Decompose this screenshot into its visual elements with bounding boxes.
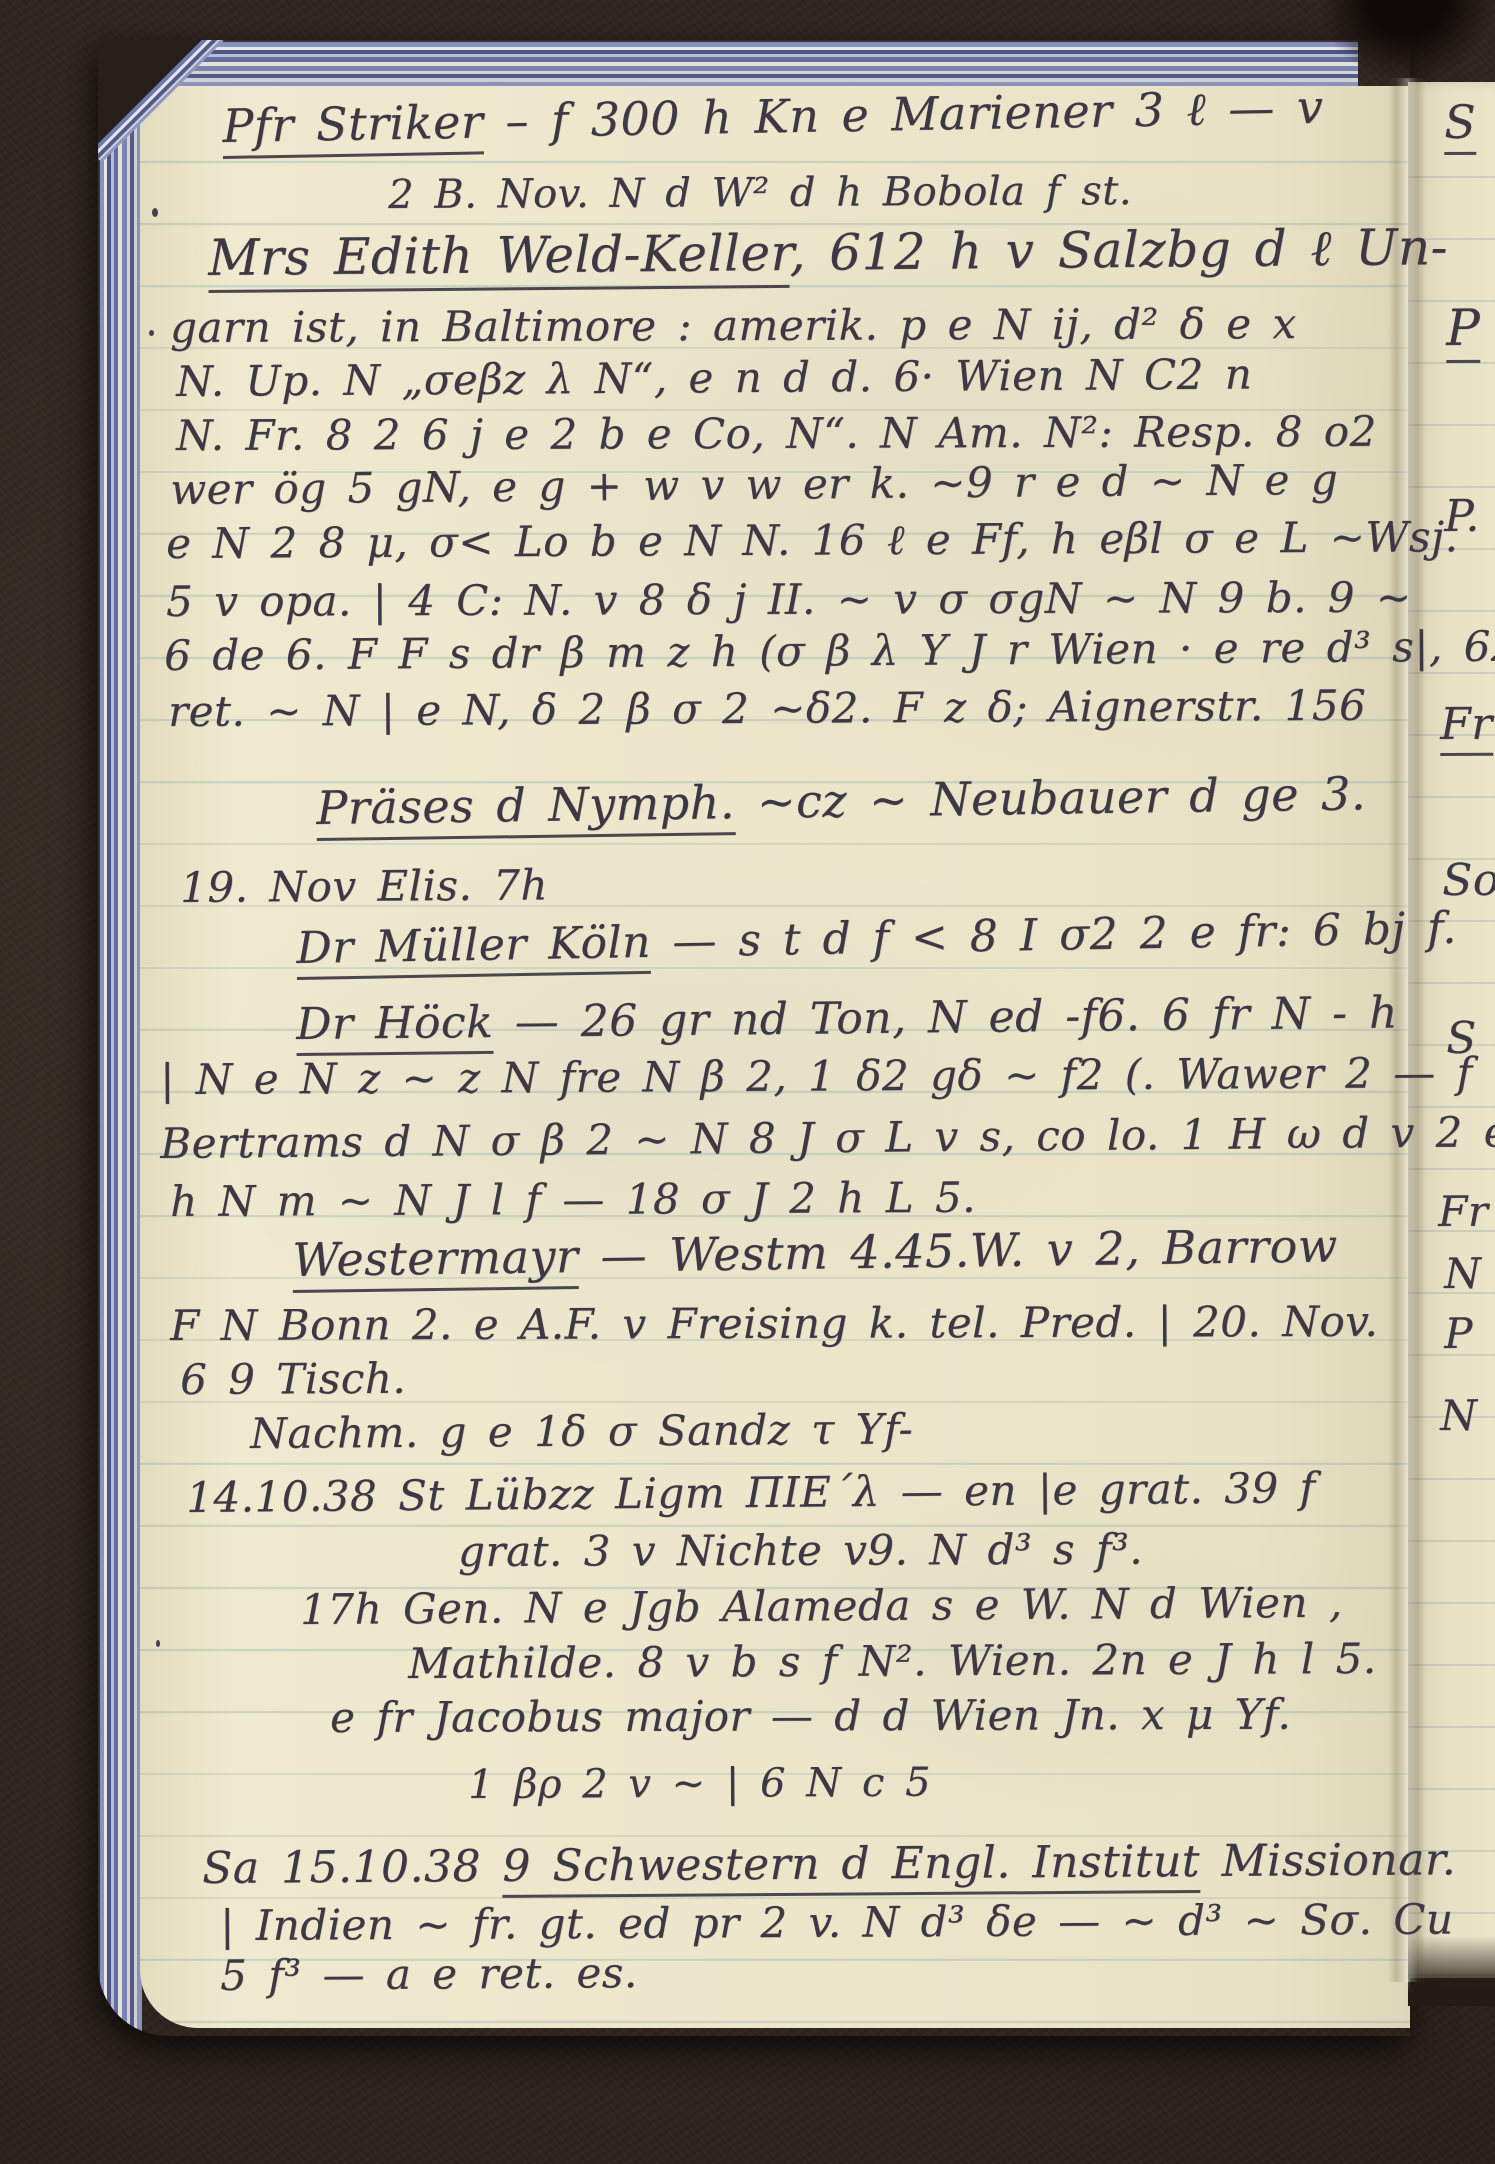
ink-speck <box>149 330 154 336</box>
ink-speck <box>156 1640 160 1647</box>
notebook-left-page <box>98 40 1410 2036</box>
ink-speck <box>152 208 158 217</box>
blue-page-edges-top <box>132 40 1358 92</box>
center-fold-crease <box>1388 78 1426 1982</box>
blue-page-edges-left <box>98 46 142 2036</box>
binding-shadow <box>1312 0 1495 104</box>
ruled-paper <box>140 86 1410 2028</box>
